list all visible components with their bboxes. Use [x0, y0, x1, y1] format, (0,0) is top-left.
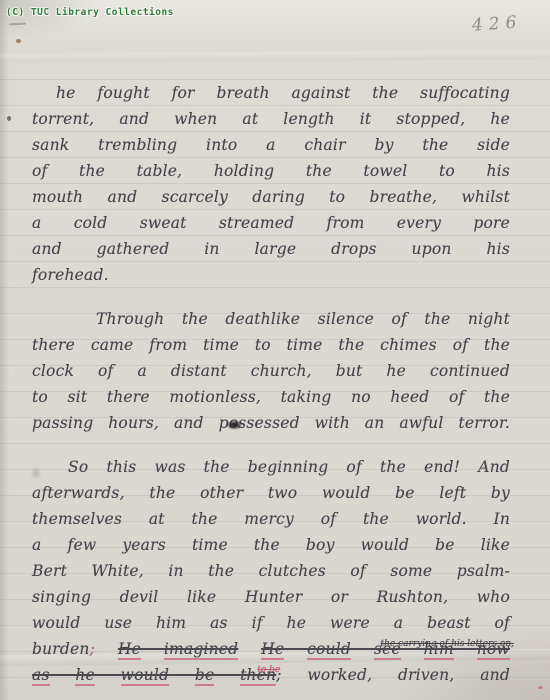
manuscript-line: So this was the beginning of the end! An…: [32, 454, 510, 480]
manuscript-paragraph: So this was the beginning of the end! An…: [32, 454, 510, 688]
handwritten-text: So this was the beginning of the end! An…: [68, 458, 510, 476]
handwritten-text: sank trembling into a chair by the side: [32, 136, 510, 154]
manuscript-line: to sit there motionless, taking no heed …: [32, 384, 510, 410]
handwritten-text: afterwards, the other two would be left …: [32, 484, 510, 502]
handwritten-text: forehead.: [32, 266, 109, 284]
manuscript-line: Bert White, in the clutches of some psal…: [32, 558, 510, 584]
manuscript-line: mouth and scarcely daring to breathe, wh…: [32, 184, 510, 210]
handwritten-text: a cold sweat streamed from every pore: [32, 214, 510, 232]
manuscript-line: would use him as if he were a beast of: [32, 610, 510, 636]
handwritten-text: with an awful terror.: [300, 414, 510, 432]
handwritten-text: Bert White, in the clutches of some psal…: [32, 562, 510, 580]
interlinear-insertion: the carrying of his letters on,: [381, 639, 514, 649]
handwritten-text: a few years time the boy would be like: [32, 536, 510, 554]
handwritten-text: there came from time to time the chimes …: [32, 336, 510, 354]
manuscript-line: a cold sweat streamed from every pore: [32, 210, 510, 236]
manuscript-line: forehead.: [32, 262, 510, 288]
handwritten-text: would use him as if he were a beast of: [32, 614, 510, 632]
handwritten-text: singing devil like Hunter or Rushton, wh…: [32, 588, 510, 606]
manuscript-line: afterwards, the other two would be left …: [32, 480, 510, 506]
manuscript-paragraph: Through the deathlike silence of the nig…: [32, 306, 510, 436]
manuscript-text: he fought for breath against the suffoca…: [32, 80, 510, 700]
red-underlined-word: He: [261, 640, 284, 660]
handwritten-text: mouth and scarcely daring to breathe, wh…: [32, 188, 510, 206]
red-underlined-word: He: [118, 640, 141, 660]
manuscript-line: singing devil like Hunter or Rushton, wh…: [32, 584, 510, 610]
library-watermark: (C) TUC Library Collections: [6, 7, 174, 18]
manuscript-line: sank trembling into a chair by the side: [32, 132, 510, 158]
manuscript-line: there came from time to time the chimes …: [32, 332, 510, 358]
red-underlined-word: he: [75, 666, 95, 686]
manuscript-line: a few years time the boy would be like: [32, 532, 510, 558]
handwritten-text: themselves at the mercy of the world. In: [32, 510, 510, 528]
red-underlined-word: imagined: [164, 640, 238, 660]
manuscript-line: he fought for breath against the suffoca…: [32, 80, 510, 106]
handwritten-text: [95, 640, 118, 658]
manuscript-line: Through the deathlike silence of the nig…: [32, 306, 510, 332]
paper-speck: [16, 39, 21, 43]
handwritten-text: ; worked, driven, and: [276, 666, 510, 684]
manuscript-line: and gathered in large drops upon his: [32, 236, 510, 262]
handwritten-text: of the table, holding the towel to his: [32, 162, 510, 180]
paper-speck: [538, 686, 543, 689]
manuscript-line: themselves at the mercy of the world. In: [32, 506, 510, 532]
paper-crease-top: [0, 50, 550, 63]
manuscript-paragraph: he fought for breath against the suffoca…: [32, 80, 510, 288]
struck-text: as he would be thento be: [32, 666, 276, 684]
red-underlined-word: as: [32, 666, 50, 686]
paper-speck: [7, 116, 11, 121]
pencil-mark: [9, 23, 26, 26]
red-underlined-word: be: [195, 666, 215, 686]
handwritten-text: passing hours, and: [32, 414, 219, 432]
manuscript-line: as he would be thento be; worked, driven…: [32, 662, 510, 688]
handwritten-text: burden: [32, 640, 90, 658]
handwritten-text: torrent, and when at length it stopped, …: [32, 110, 510, 128]
handwritten-text: to sit there motionless, taking no heed …: [32, 388, 510, 406]
paper-edge-shadow: [0, 0, 9, 700]
manuscript-line: clock of a distant church, but he contin…: [32, 358, 510, 384]
handwritten-text: [238, 640, 261, 658]
struck-text: He could see him nowthe carrying of his …: [261, 640, 510, 658]
handwritten-text: Through the deathlike silence of the nig…: [96, 310, 510, 328]
red-underlined-word: would: [121, 666, 169, 686]
struck-text: He imagined: [118, 640, 238, 658]
page-number: 426: [471, 12, 523, 35]
handwritten-text: he fought for breath against the suffoca…: [56, 84, 510, 102]
manuscript-line: torrent, and when at length it stopped, …: [32, 106, 510, 132]
manuscript-line: passing hours, and possessed with an awf…: [32, 410, 510, 436]
manuscript-line: of the table, holding the towel to his: [32, 158, 510, 184]
handwritten-text: clock of a distant church, but he contin…: [32, 362, 510, 380]
manuscript-line: burden; He imagined He could see him now…: [32, 636, 510, 662]
handwritten-text: and gathered in large drops upon his: [32, 240, 510, 258]
red-underlined-word: could: [307, 640, 351, 660]
manuscript-page: (C) TUC Library Collections 426 he fough…: [0, 0, 550, 700]
handwritten-text: possessed: [219, 414, 300, 432]
